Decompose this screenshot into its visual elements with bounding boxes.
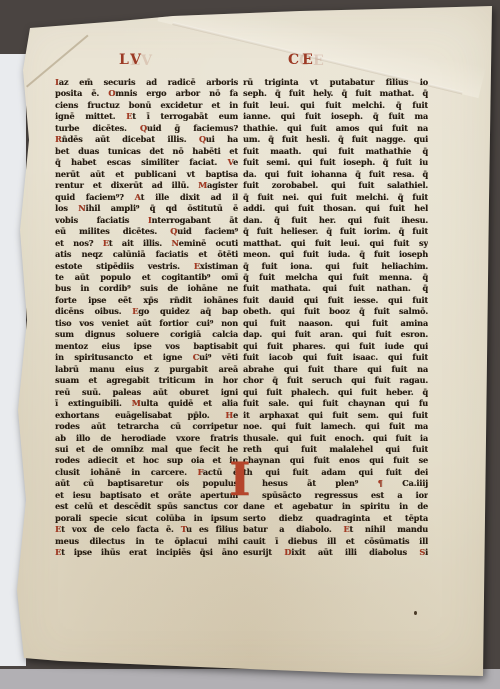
- text-line: in spiritusancto et igne Cui⁹ vēti: [55, 352, 238, 363]
- text-line: chaynan qui fuit enos qui fuit se: [243, 455, 428, 466]
- text-column-left: Iaz em̄ securis ad radicē arborisposita …: [55, 77, 238, 559]
- text-column-right: rū triginta vt putabatur filius ioseph. …: [243, 77, 428, 559]
- rubricated-capital: F: [198, 467, 203, 477]
- text-line: qui fuit phalech. qui fuit heber. q̄: [243, 387, 428, 398]
- text-line: Et ipse ihūs erat incipiēs q̄si āno: [55, 547, 238, 558]
- rubricated-capital: Q: [170, 226, 177, 236]
- text-line: abrahe qui fuit thare qui fuit na: [243, 364, 428, 375]
- text-line: fuit dauid qui fuit iesse. qui fuit: [243, 295, 428, 306]
- text-line: exhortans euāgelisabat pp̄lo. He: [55, 410, 238, 421]
- text-line: ignē mittet. Et ī terrogabāt eum: [55, 111, 238, 122]
- running-header-right: CE: [288, 52, 316, 68]
- text-line: reth qui fuit malalehel qui fuit: [243, 444, 428, 455]
- rubricated-capital: N: [171, 238, 178, 248]
- text-line: eū milites dicētes. Quid faciem⁹: [55, 226, 238, 237]
- text-line: da. qui fuit iohanna q̄ fuit resa. q̄: [243, 169, 428, 180]
- rubricated-capital: N: [78, 203, 85, 213]
- photo-of-incunable-leaf: LV CE Iaz em̄ securis ad radicē arborisp…: [0, 0, 500, 689]
- text-line: dane et agebatur in spiritu in de: [243, 501, 428, 512]
- text-line: vobis faciatis Interrogabant āt: [55, 215, 238, 226]
- text-line: ab illo de herodiade vxore fratris: [55, 433, 238, 444]
- text-line: um. q̄ fuit hesli. q̄ fuit nagge. qui: [243, 134, 428, 145]
- text-line: serto diebz quadraginta et tēpta: [243, 513, 428, 524]
- rubricated-capital: E: [343, 524, 349, 534]
- text-line: q̄ fuit helieser. q̄ fuit iorim. q̄ fuit: [243, 226, 428, 237]
- rubricated-capital: T: [181, 524, 186, 534]
- text-line: spūsācto regressus est a ior: [243, 490, 428, 501]
- text-line: th qui fuit adam qui fuit dei: [243, 467, 428, 478]
- text-line: los Nihil ampli⁹ q̄ qd ōstitutū ē: [55, 203, 238, 214]
- rubricated-capital: R: [55, 134, 62, 144]
- rubricated-capital: V: [227, 157, 232, 167]
- text-line: qui fuit phares. qui fuit iude qui: [243, 341, 428, 352]
- rubricated-capital: Q: [199, 134, 206, 144]
- text-line: fuit sale. qui fuit chaynan qui fu: [243, 398, 428, 409]
- rubricated-capital: E: [103, 238, 109, 248]
- text-line: it arphaxat qui fuit sem. qui fuit: [243, 410, 428, 421]
- rubricated-capital: E: [126, 111, 132, 121]
- rubricated-capital: ¶: [378, 478, 383, 488]
- text-line: dap. qui fuit aran. qui fuit esron.: [243, 329, 428, 340]
- text-line: reū suū. paleas aūt oburet igni: [55, 387, 238, 398]
- text-line: mentoz eius ipse vos baptisabit: [55, 341, 238, 352]
- text-line: quid faciem⁹? At ille dixit ad il: [55, 192, 238, 203]
- text-line: addi. qui fuit thosan. qui fuit hel: [243, 203, 428, 214]
- text-line: estote stipēdiis vestris. Existiman: [55, 261, 238, 272]
- rubricated-capital: Q: [140, 123, 147, 133]
- text-line: clusit iohānē in carcere. Factū ē: [55, 467, 238, 478]
- text-line: et nos? Et ait illis. Neminē ocuti: [55, 238, 238, 249]
- text-line: rodes aūt tetrarcha cū corripetur: [55, 421, 238, 432]
- text-line: matthat. qui fuit leui. qui fuit sy: [243, 238, 428, 249]
- text-line: turbe dicētes. Quid ḡ faciemus?: [55, 123, 238, 134]
- text-line: q̄ fuit nei. qui fuit melchi. q̄ fuit: [243, 192, 428, 203]
- text-line: thusale. qui fuit enoch. qui fuit ia: [243, 433, 428, 444]
- text-line: ianne. qui fuit ioseph. q̄ fuit ma: [243, 111, 428, 122]
- text-line: rentur et dixerūt ad illū. Magister: [55, 180, 238, 191]
- text-line: seph. q̄ fuit hely. q̄ fuit mathat. q̄: [243, 88, 428, 99]
- rubricated-capital: E: [194, 261, 200, 271]
- text-line: ī extinguibili. Multa quidē et alia: [55, 398, 238, 409]
- text-line: te aūt populo et cogitantib⁹ omī: [55, 272, 238, 283]
- text-line: q̄ fuit melcha qui fuit menna. q̄: [243, 272, 428, 283]
- text-line: meus dilectus in te ōplacui mihi: [55, 536, 238, 547]
- text-line: rū triginta vt putabatur filius io: [243, 77, 428, 88]
- text-line: thathie. qui fuit amos qui fuit na: [243, 123, 428, 134]
- rubricated-capital: I: [148, 215, 152, 225]
- rubricated-capital: A: [135, 192, 141, 202]
- text-line: fuit iacob qui fuit isaac. qui fuit: [243, 352, 428, 363]
- text-line: qui fuit naason. qui fuit amina: [243, 318, 428, 329]
- rubricated-capital: C: [193, 352, 199, 362]
- rubricated-capital: I: [55, 77, 59, 87]
- text-line: labrū manu eius z purgabit areā: [55, 364, 238, 375]
- text-line: bus in cordib⁹ suis de iohāne ne: [55, 283, 238, 294]
- rubricated-capital: H: [225, 410, 233, 420]
- rubricated-capital: E: [55, 547, 61, 557]
- rubricated-capital: S: [419, 547, 425, 557]
- ink-speck: [414, 611, 417, 615]
- rubricated-capital: E: [55, 524, 61, 534]
- text-line: forte ipse eēt xp̄s rn̄dit iohānes: [55, 295, 238, 306]
- text-line: nerūt aūt et publicani vt baptisa: [55, 169, 238, 180]
- text-line: suam et agregabit triticum in hor: [55, 375, 238, 386]
- text-line: atis neqz calūniā faciatis et ōtēti: [55, 249, 238, 260]
- text-line: noe. qui fuit lamech. qui fuit ma: [243, 421, 428, 432]
- text-line: bet duas tunicas det nō habēti et: [55, 146, 238, 157]
- text-line: fuit zorobabel. qui fuit salathiel.: [243, 180, 428, 191]
- text-line: batur a diabolo. Et nihil mandu: [243, 524, 428, 535]
- text-line: q̄ habet escas similiter faciat. Ve: [55, 157, 238, 168]
- rubricated-capital: M: [198, 180, 207, 190]
- manuscript-page: LV CE Iaz em̄ securis ad radicē arborisp…: [0, 0, 500, 689]
- text-line: sui et de omnibz mal que fecit he: [55, 444, 238, 455]
- text-line: hesus āt plen⁹ ¶ Ca.iiij: [243, 478, 428, 489]
- text-line: Et vox de celo facta ē. Tu es filius: [55, 524, 238, 535]
- text-line: est celū et descēdit spūs sanctus cor: [55, 501, 238, 512]
- text-line: et iesu baptisato et orāte apertum: [55, 490, 238, 501]
- text-line: Rn̄dēs aūt dicebat illis. Qui ha: [55, 134, 238, 145]
- text-line: tiso vos veniet aūt fortior cui⁹ non: [55, 318, 238, 329]
- illuminated-initial-i: I: [229, 456, 251, 502]
- text-line: meon. qui fuit iuda. q̄ fuit ioseph: [243, 249, 428, 260]
- text-line: dan. q̄ fuit her. qui fuit ihesu.: [243, 215, 428, 226]
- rubricated-capital: E: [132, 306, 138, 316]
- text-line: fuit semi. qui fuit ioseph. q̄ fuit iu: [243, 157, 428, 168]
- manuscript-leaf-wrapper: LV CE Iaz em̄ securis ad radicē arborisp…: [0, 0, 500, 689]
- running-header-left: LV: [119, 52, 144, 68]
- text-line: ciens fructuz bonū excidetur et in: [55, 100, 238, 111]
- text-line: sum dignus soluere corigiā calcia: [55, 329, 238, 340]
- text-line: obeth. qui fuit booz q̄ fuit salmō.: [243, 306, 428, 317]
- text-line: rodes adiecit et hoc sup oia et in: [55, 455, 238, 466]
- text-line: cauit ī diebus ill et cōsūmatis ill: [243, 536, 428, 547]
- rubricated-capital: M: [132, 398, 141, 408]
- text-line: fuit leui. qui fuit melchi. q̄ fuit: [243, 100, 428, 111]
- rubricated-capital: D: [284, 547, 291, 557]
- text-line: posita ē. Omnis ergo arbor nō fa: [55, 88, 238, 99]
- text-line: Iaz em̄ securis ad radicē arboris: [55, 77, 238, 88]
- rubricated-capital: O: [108, 88, 115, 98]
- text-line: chor q̄ fuit seruch qui fuit ragau.: [243, 375, 428, 386]
- text-line: esurijt Dixit aūt illi diabolus Si: [243, 547, 428, 558]
- text-line: fuit maath. qui fuit mathathie q̄: [243, 146, 428, 157]
- text-line: aūt cū baptisaretur ois populus: [55, 478, 238, 489]
- text-line: fuit mathata. qui fuit nathan. q̄: [243, 283, 428, 294]
- text-line: dicēns oibus. Ego quidez aq̄ bap: [55, 306, 238, 317]
- text-line: porali specie sicut colūba in ipsum: [55, 513, 238, 524]
- text-line: q̄ fuit iona. qui fuit heliachim.: [243, 261, 428, 272]
